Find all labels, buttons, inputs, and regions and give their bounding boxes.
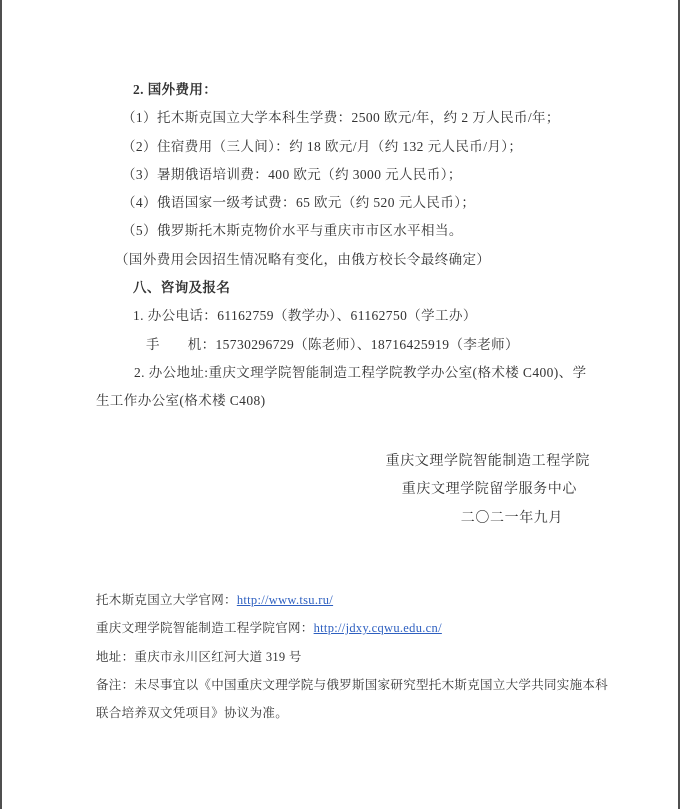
fee-item-exam: （4）俄语国家一级考试费：65 欧元（约 520 元人民币）； — [96, 189, 590, 217]
fee-item-language-training: （3）暑期俄语培训费：400 欧元（约 3000 元人民币）； — [96, 161, 590, 189]
office-address-line2: 生工作办公室(格术楼 C408) — [96, 387, 590, 415]
college-website-label: 重庆文理学院智能制造工程学院官网： — [96, 621, 314, 635]
office-address-line1: 2. 办公地址:重庆文理学院智能制造工程学院教学办公室(格术楼 C400)、学 — [96, 359, 590, 387]
campus-address-line: 地址：重庆市永川区红河大道 319 号 — [96, 643, 601, 671]
signature-college: 重庆文理学院智能制造工程学院 — [96, 448, 590, 476]
signature-date: 二〇二一年九月 — [96, 505, 590, 533]
tsu-website-link[interactable]: http://www.tsu.ru/ — [237, 593, 333, 607]
mobile-phone-line: 手 机：15730296729（陈老师）、18716425919（李老师） — [96, 331, 590, 359]
college-website-line: 重庆文理学院智能制造工程学院官网：http://jdxy.cqwu.edu.cn… — [96, 614, 601, 642]
fee-item-accommodation: （2）住宿费用（三人间）：约 18 欧元/月（约 132 元人民币/月）； — [96, 133, 590, 161]
document-page: 2. 国外费用： （1）托木斯克国立大学本科生学费：2500 欧元/年，约 2 … — [0, 0, 684, 809]
signature-block: 重庆文理学院智能制造工程学院 重庆文理学院留学服务中心 二〇二一年九月 — [96, 448, 590, 533]
office-phone-line: 1. 办公电话：61162759（教学办）、61162750（学工办） — [96, 302, 590, 330]
remark-line-2: 联合培养双文凭项目》协议为准。 — [96, 699, 601, 727]
body-text-block: 2. 国外费用： （1）托木斯克国立大学本科生学费：2500 欧元/年，约 2 … — [96, 76, 590, 416]
page-left-border — [0, 0, 2, 809]
fee-item-tuition: （1）托木斯克国立大学本科生学费：2500 欧元/年，约 2 万人民币/年； — [96, 104, 590, 132]
tsu-website-line: 托木斯克国立大学官网：http://www.tsu.ru/ — [96, 586, 601, 614]
remark-line-1: 备注：未尽事宜以《中国重庆文理学院与俄罗斯国家研究型托木斯克国立大学共同实施本科 — [96, 671, 601, 699]
fee-item-price-level: （5）俄罗斯托木斯克物价水平与重庆市市区水平相当。 — [96, 217, 590, 245]
consultation-heading: 八、咨询及报名 — [96, 274, 590, 302]
college-website-link[interactable]: http://jdxy.cqwu.edu.cn/ — [314, 621, 442, 635]
tsu-website-label: 托木斯克国立大学官网： — [96, 593, 237, 607]
fee-change-note: （国外费用会因招生情况略有变化，由俄方校长令最终确定） — [96, 246, 590, 274]
signature-center: 重庆文理学院留学服务中心 — [96, 476, 590, 504]
overseas-fees-heading: 2. 国外费用： — [96, 76, 590, 104]
footer-info-block: 托木斯克国立大学官网：http://www.tsu.ru/ 重庆文理学院智能制造… — [96, 586, 601, 727]
page-right-border — [678, 0, 680, 809]
